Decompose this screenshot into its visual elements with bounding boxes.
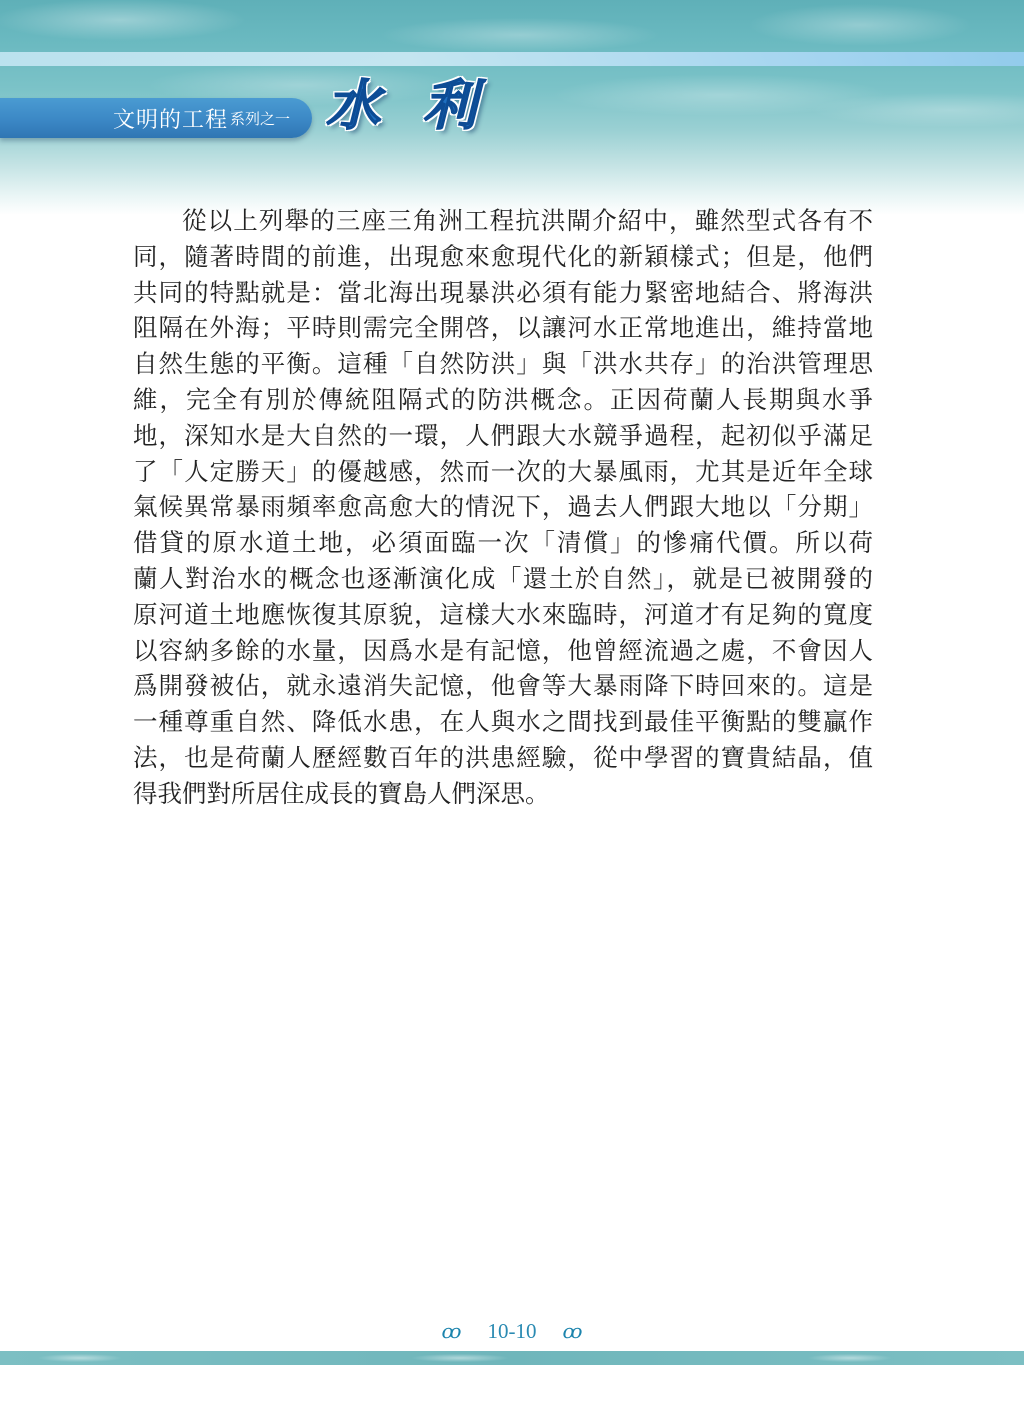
page-footer: ꝏ 10-10 ꝏ [0, 1316, 1024, 1346]
paragraph-line: 維，完全有別於傳統阻隔式的防洪概念。正因荷蘭人長期與水爭 [133, 382, 873, 418]
paragraph-line: 蘭人對治水的概念也逐漸演化成「還土於自然」，就是已被開發的 [133, 561, 873, 597]
paragraph-line: 阻隔在外海；平時則需完全開啓，以讓河水正常地進出，維持當地 [133, 310, 873, 346]
paragraph-line: 共同的特點就是：當北海出現暴洪必須有能力緊密地結合、將海洪 [133, 275, 873, 311]
header-light-stripe [0, 52, 1024, 66]
paragraph-line: 從以上列舉的三座三角洲工程抗洪閘介紹中，雖然型式各有不 [133, 203, 873, 239]
paragraph-line: 自然生態的平衡。這種「自然防洪」與「洪水共存」的治洪管理思 [133, 346, 873, 382]
page-number: 10-10 [488, 1319, 537, 1344]
decorative-scroll-icon: ꝏ [563, 1319, 583, 1343]
footer-water-stripe [0, 1351, 1024, 1365]
series-banner: 文明的工程 系列之一 [0, 98, 312, 138]
book-title: 水 利 [326, 78, 489, 132]
paragraph-line: 了「人定勝天」的優越感，然而一次的大暴風雨，尤其是近年全球 [133, 454, 873, 490]
paragraph-line: 原河道土地應恢復其原貌，這樣大水來臨時，河道才有足夠的寬度 [133, 597, 873, 633]
paragraph-line: 爲開發被佔，就永遠消失記憶，他會等大暴雨降下時回來的。這是 [133, 668, 873, 704]
paragraph-line: 一種尊重自然、降低水患，在人與水之間找到最佳平衡點的雙贏作 [133, 704, 873, 740]
paragraph-line: 以容納多餘的水量，因爲水是有記憶，他曾經流過之處，不會因人 [133, 633, 873, 669]
paragraph-line: 得我們對所居住成長的寶島人們深思。 [133, 776, 873, 812]
paragraph-line: 同，隨著時間的前進，出現愈來愈現代化的新穎樣式；但是，他們 [133, 239, 873, 275]
decorative-scroll-icon: ꝏ [442, 1319, 462, 1343]
article-body: 從以上列舉的三座三角洲工程抗洪閘介紹中，雖然型式各有不 同，隨著時間的前進，出現… [133, 203, 873, 812]
paragraph-line: 氣候異常暴雨頻率愈高愈大的情況下，過去人們跟大地以「分期」 [133, 489, 873, 525]
paragraph-line: 法，也是荷蘭人歷經數百年的洪患經驗，從中學習的寶貴結晶，值 [133, 740, 873, 776]
series-title-main: 文明的工程 [113, 103, 228, 134]
series-title-sub: 系列之一 [230, 108, 290, 129]
paragraph-line: 借貸的原水道土地，必須面臨一次「清償」的慘痛代價。所以荷 [133, 525, 873, 561]
paragraph-line: 地，深知水是大自然的一環，人們跟大水競爭過程，起初似乎滿足 [133, 418, 873, 454]
